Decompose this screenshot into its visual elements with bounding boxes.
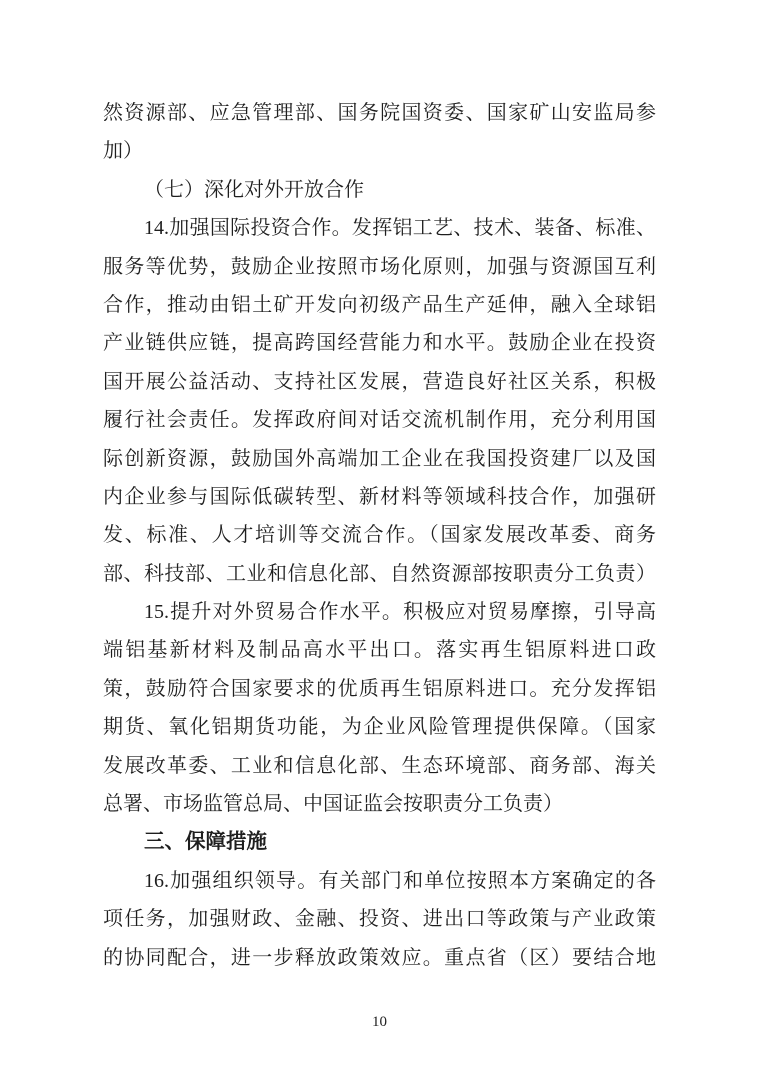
text-line: 16.加强组织领导。有关部门和单位按照本方案确定的各 bbox=[103, 862, 656, 900]
text-line: 合作，推动由铝土矿开发向初级产品生产延伸，融入全球铝 bbox=[103, 286, 656, 324]
text-line: 端铝基新材料及制品高水平出口。落实再生铝原料进口政 bbox=[103, 631, 656, 669]
text-line: 加） bbox=[103, 132, 656, 170]
text-line: 发展改革委、工业和信息化部、生态环境部、商务部、海关 bbox=[103, 747, 656, 785]
text-line: 15.提升对外贸易合作水平。积极应对贸易摩擦，引导高 bbox=[103, 593, 656, 631]
text-line: 产业链供应链，提高跨国经营能力和水平。鼓励企业在投资 bbox=[103, 324, 656, 362]
document-content: 然资源部、应急管理部、国务院国资委、国家矿山安监局参加）（七）深化对外开放合作1… bbox=[103, 94, 656, 977]
text-line: 服务等优势，鼓励企业按照市场化原则，加强与资源国互利 bbox=[103, 248, 656, 286]
page-number: 10 bbox=[103, 1014, 656, 1031]
text-line: （七）深化对外开放合作 bbox=[103, 171, 656, 209]
text-line: 内企业参与国际低碳转型、新材料等领域科技合作，加强研 bbox=[103, 478, 656, 516]
document-page: 然资源部、应急管理部、国务院国资委、国家矿山安监局参加）（七）深化对外开放合作1… bbox=[0, 0, 761, 1078]
text-line: 部、科技部、工业和信息化部、自然资源部按职责分工负责） bbox=[103, 555, 656, 593]
text-line: 策，鼓励符合国家要求的优质再生铝原料进口。充分发挥铝 bbox=[103, 670, 656, 708]
text-line: 履行社会责任。发挥政府间对话交流机制作用，充分利用国 bbox=[103, 401, 656, 439]
text-line: 的协同配合，进一步释放政策效应。重点省（区）要结合地 bbox=[103, 939, 656, 977]
text-line: 总署、市场监管总局、中国证监会按职责分工负责） bbox=[103, 785, 656, 823]
text-line: 期货、氧化铝期货功能，为企业风险管理提供保障。（国家 bbox=[103, 708, 656, 746]
text-line: 发、标准、人才培训等交流合作。（国家发展改革委、商务 bbox=[103, 516, 656, 554]
text-line: 国开展公益活动、支持社区发展，营造良好社区关系，积极 bbox=[103, 363, 656, 401]
text-line: 14.加强国际投资合作。发挥铝工艺、技术、装备、标准、 bbox=[103, 209, 656, 247]
text-line: 然资源部、应急管理部、国务院国资委、国家矿山安监局参 bbox=[103, 94, 656, 132]
section-heading: 三、保障措施 bbox=[103, 823, 656, 861]
text-line: 际创新资源，鼓励国外高端加工企业在我国投资建厂以及国 bbox=[103, 440, 656, 478]
text-line: 项任务，加强财政、金融、投资、进出口等政策与产业政策 bbox=[103, 900, 656, 938]
